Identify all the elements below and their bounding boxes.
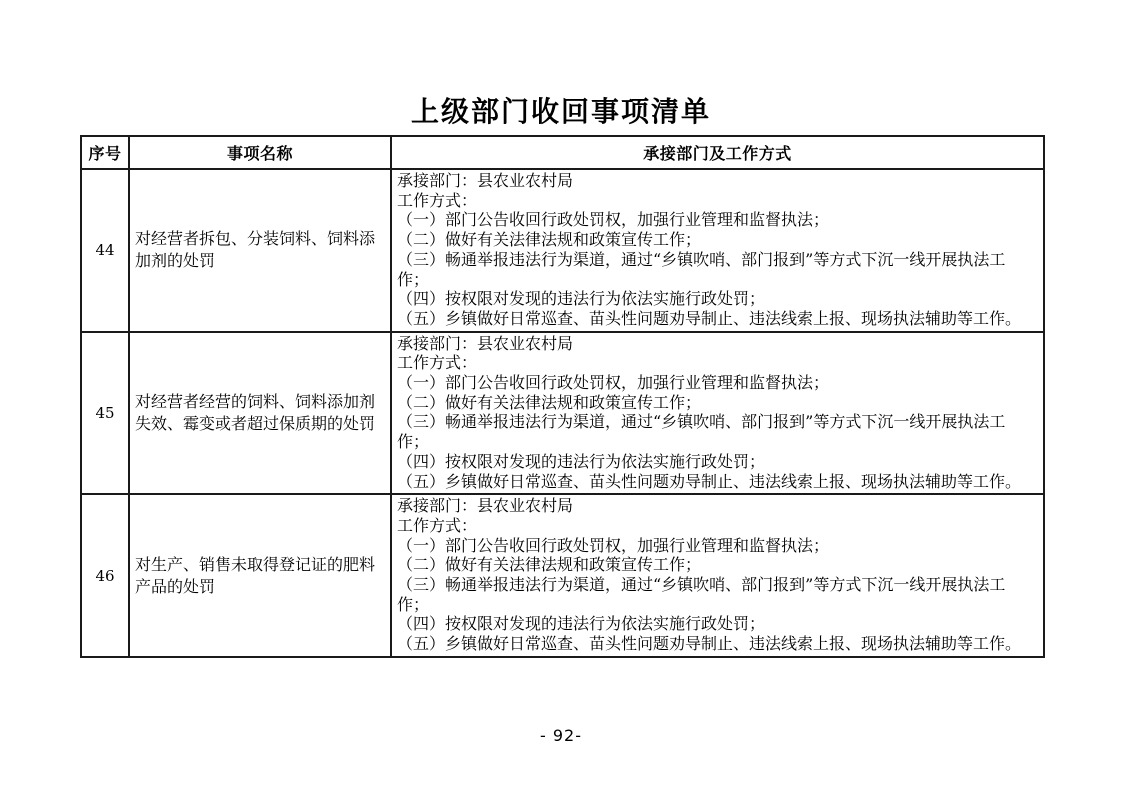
document-page: { "page": { "title": "上级部门收回事项清单", "page… <box>0 0 1122 793</box>
page-title: 上级部门收回事项清单 <box>0 90 1122 130</box>
item-name-cell: 对经营者经营的饲料、饲料添加剂失效、霉变或者超过保质期的处罚 <box>129 332 391 495</box>
item-name-cell: 对生产、销售未取得登记证的肥料产品的处罚 <box>129 494 391 657</box>
detail-line: （一）部门公告收回行政处罚权，加强行业管理和监督执法； <box>397 210 1029 230</box>
detail-line: （二）做好有关法律法规和政策宣传工作； <box>397 230 1029 250</box>
item-name-cell: 对经营者拆包、分装饲料、饲料添加剂的处罚 <box>129 169 391 332</box>
detail-line: （三）畅通举报违法行为渠道，通过“乡镇吹哨、部门报到”等方式下沉一线开展执法工作… <box>397 575 1029 614</box>
detail-line: 承接部门：县农业农村局 <box>397 171 1029 191</box>
row-serial-number-cell: 46 <box>81 494 129 657</box>
row-serial-number-cell: 45 <box>81 332 129 495</box>
department-and-method-cell: 承接部门：县农业农村局工作方式：（一）部门公告收回行政处罚权，加强行业管理和监督… <box>391 169 1044 332</box>
detail-line: （二）做好有关法律法规和政策宣传工作； <box>397 555 1029 575</box>
table-row: 44对经营者拆包、分装饲料、饲料添加剂的处罚承接部门：县农业农村局工作方式：（一… <box>81 169 1044 332</box>
detail-line: 工作方式： <box>397 191 1029 211</box>
row-serial-number-cell: 44 <box>81 169 129 332</box>
items-table: 序号 事项名称 承接部门及工作方式 44对经营者拆包、分装饲料、饲料添加剂的处罚… <box>80 135 1045 658</box>
detail-line: （一）部门公告收回行政处罚权，加强行业管理和监督执法； <box>397 373 1029 393</box>
detail-line: 工作方式： <box>397 353 1029 373</box>
detail-line: （三）畅通举报违法行为渠道，通过“乡镇吹哨、部门报到”等方式下沉一线开展执法工作… <box>397 412 1029 451</box>
column-header-item-name: 事项名称 <box>129 136 391 169</box>
table-body: 44对经营者拆包、分装饲料、饲料添加剂的处罚承接部门：县农业农村局工作方式：（一… <box>81 169 1044 657</box>
detail-line: （三）畅通举报违法行为渠道，通过“乡镇吹哨、部门报到”等方式下沉一线开展执法工作… <box>397 250 1029 289</box>
column-header-department-and-method: 承接部门及工作方式 <box>391 136 1044 169</box>
department-and-method-cell: 承接部门：县农业农村局工作方式：（一）部门公告收回行政处罚权，加强行业管理和监督… <box>391 332 1044 495</box>
table-row: 45对经营者经营的饲料、饲料添加剂失效、霉变或者超过保质期的处罚承接部门：县农业… <box>81 332 1044 495</box>
department-and-method-cell: 承接部门：县农业农村局工作方式：（一）部门公告收回行政处罚权，加强行业管理和监督… <box>391 494 1044 657</box>
column-header-serial-number: 序号 <box>81 136 129 169</box>
detail-line: 承接部门：县农业农村局 <box>397 334 1029 354</box>
detail-line: （一）部门公告收回行政处罚权，加强行业管理和监督执法； <box>397 536 1029 556</box>
detail-line: （五）乡镇做好日常巡查、苗头性问题劝导制止、违法线索上报、现场执法辅助等工作。 <box>397 472 1029 492</box>
detail-line: 承接部门：县农业农村局 <box>397 496 1029 516</box>
detail-line: 工作方式： <box>397 516 1029 536</box>
detail-line: （二）做好有关法律法规和政策宣传工作； <box>397 393 1029 413</box>
detail-line: （四）按权限对发现的违法行为依法实施行政处罚； <box>397 614 1029 634</box>
page-number: - 92- <box>0 726 1122 745</box>
table-row: 46对生产、销售未取得登记证的肥料产品的处罚承接部门：县农业农村局工作方式：（一… <box>81 494 1044 657</box>
detail-line: （四）按权限对发现的违法行为依法实施行政处罚； <box>397 452 1029 472</box>
detail-line: （五）乡镇做好日常巡查、苗头性问题劝导制止、违法线索上报、现场执法辅助等工作。 <box>397 309 1029 329</box>
table-header-row: 序号 事项名称 承接部门及工作方式 <box>81 136 1044 169</box>
detail-line: （四）按权限对发现的违法行为依法实施行政处罚； <box>397 289 1029 309</box>
detail-line: （五）乡镇做好日常巡查、苗头性问题劝导制止、违法线索上报、现场执法辅助等工作。 <box>397 634 1029 654</box>
